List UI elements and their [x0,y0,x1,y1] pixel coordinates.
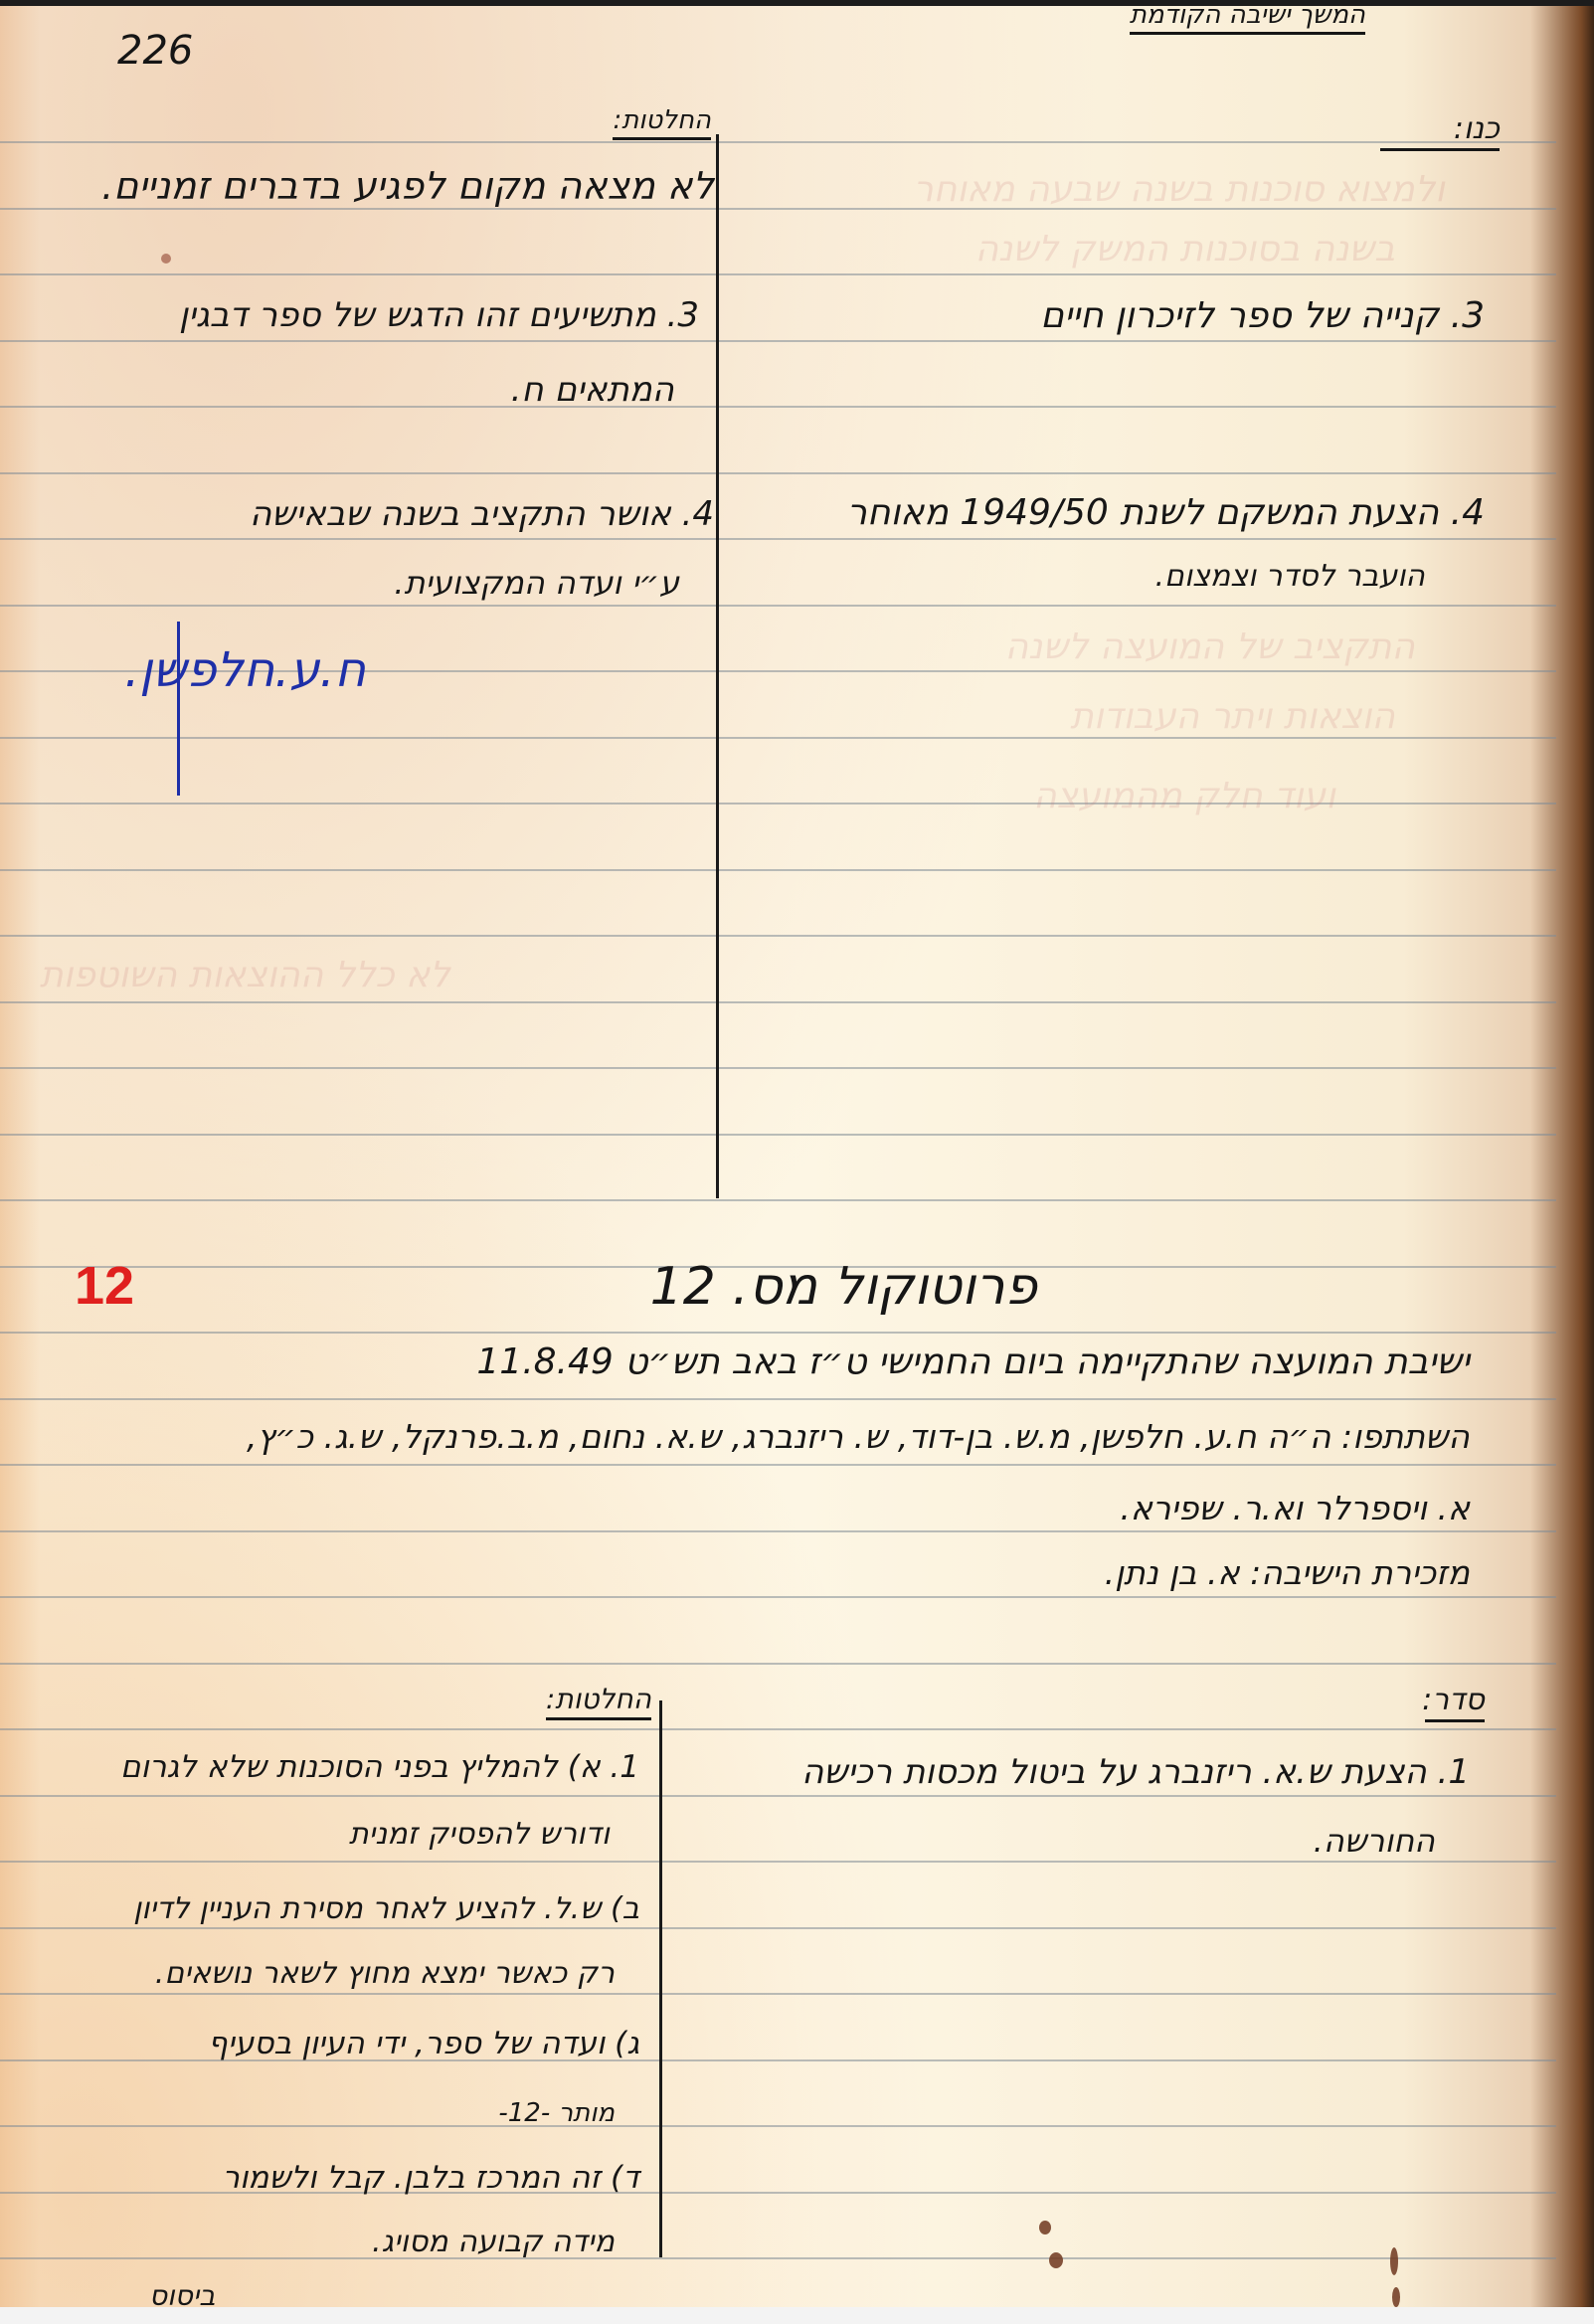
decision-item-3: 3. מתשיעים זהו הדגש של ספר דבגין [179,298,699,332]
ruled-line [0,869,1556,871]
decision-lower-1b: ב) ש.ל. להציע לאחר מסירת העניין לדיון [133,1894,639,1924]
decision-lower-1a: 1. א) להמליץ בפני הסוכנות שלא לגרום [120,1752,639,1783]
scan-bottom-edge [0,2307,1594,2324]
ruled-line [0,1001,1556,1003]
decision-item-4: 4. אושר התקציב בשנה שבאישה [250,497,714,531]
ink-stain [1392,2287,1400,2307]
bleed-through-text: התקציב של המועצה לשנה [1005,626,1415,667]
decision-lower-1d: ד) זה המרכז בלבן. קבל ולשמור [222,2163,639,2194]
ruled-line [0,538,1556,540]
ink-stain [161,254,171,264]
item-text: אושר התקציב בשנה שבאישה [250,494,671,534]
item-number: 1. [610,1749,639,1785]
item-text: א) להמליץ בפני הסוכנות שלא לגרום [120,1749,601,1785]
agenda-heading-upper: כנו: [1380,114,1500,151]
item-number: 1. [1438,1752,1470,1792]
item-text: הצעת המשקם לשנת 1949/50 מאוחר [847,492,1440,533]
ruled-line [0,2257,1556,2259]
session-line: ישיבת המועצה שהתקיימה ביום החמישי ט״ז בא… [476,1344,1470,1380]
ruled-line [0,1795,1556,1797]
secretary-line: מזכירת הישיבה: א. בן נתן. [1105,1556,1470,1589]
ruled-line [0,1398,1556,1400]
bleed-through-text: הוצאות ויתר העבודות [1070,696,1395,737]
decision-item-4-line-2: ע״י ועדה המקצועית. [394,567,679,599]
item-text: הצעת ש.א. ריזנברג על ביטול מכסות רכישה [801,1752,1427,1792]
ruled-line [0,737,1556,739]
ink-stain [1039,2221,1051,2235]
ruled-line [0,1134,1556,1136]
ruled-line [0,1199,1556,1201]
ruled-line [0,273,1556,275]
decision-lower-1c: ג) ועדה של ספר, ידי העיון בסעיף [208,2029,639,2059]
ruled-line [0,1067,1556,1069]
item-number: 4. [682,494,714,534]
decision-lower-1d-line-2: מידה קבועה מסויג. [372,2228,615,2257]
ruled-line [0,605,1556,607]
ink-stain [1049,2252,1063,2268]
decision-item-3-line-2: המתאים ח. [511,373,674,407]
item-number: 4. [1451,492,1485,533]
ruled-line [0,1332,1556,1334]
protocol-title: פרוטוקול מס. 12 [650,1261,1037,1313]
item-number: 3. [667,295,699,335]
ruled-line [0,340,1556,342]
ruled-line [0,141,1556,143]
ruled-line [0,1530,1556,1532]
bleed-through-text: ולמצוא סוכנות בשנה שבעה מאוחר [913,169,1445,210]
ruled-line [0,1861,1556,1863]
item-text: קנייה של ספר לזיכרון חיים [1040,295,1439,336]
participants-line-2: א. ויספרלר וא.ר. שפירא. [1120,1492,1470,1524]
bleed-through-text: לא כלל ההוצאות השוטפות [40,955,450,995]
decisions-heading-upper: החלטות: [613,107,711,140]
column-divider-upper [716,134,719,1198]
ruled-line [0,472,1556,474]
ruled-line [0,406,1556,408]
decision-intro: לא מצאה מקום לפגיע בדברים זמניים. [101,167,714,205]
ruled-line [0,935,1556,937]
agenda-item-3: 3. קנייה של ספר לזיכרון חיים [1040,298,1485,334]
notebook-page: ולמצוא סוכנות בשנה שבעה מאוחר בשנה בסוכנ… [0,0,1594,2307]
participants-line: השתתפו: ה״ה ח.ע. חלפשן, מ.ש. בן-דוד, ש. … [247,1420,1470,1453]
decision-lower-1a-line-2: ודורש להפסיק זמנית [349,1820,610,1850]
trailing-fragment: ביסוס [149,2282,215,2310]
item-text: מתשיעים זהו הדגש של ספר דבגין [179,295,656,335]
item-number: 3. [1451,295,1485,336]
decision-lower-1c-line-2: מותר -12- [498,2100,615,2126]
agenda-item-4: 4. הצעת המשקם לשנת 1949/50 מאוחר [847,495,1485,531]
decisions-heading-lower: החלטות: [546,1686,651,1720]
agenda-lower-item-1-line-2: החורשה. [1314,1825,1435,1857]
agenda-lower-item-1: 1. הצעת ש.א. ריזנברג על ביטול מכסות רכיש… [801,1755,1470,1789]
page-marker: 12 [75,1255,134,1317]
ruled-line [0,1927,1556,1929]
signature-stroke [177,622,180,796]
ruled-line [0,1728,1556,1730]
signature: ח.ע.חלפשן. [124,646,366,694]
ruled-line [0,1993,1556,1995]
ruled-line [0,1596,1556,1598]
bleed-through-text: ועוד חלק מהמועצה [1033,776,1335,816]
column-divider-lower [659,1700,662,2257]
bleed-through-text: בשנה בסוכנות המשק לשנה [975,229,1395,269]
continuation-heading: המשך ישיבה הקודמת [1130,2,1365,35]
agenda-heading-lower: סדר: [1425,1686,1485,1722]
agenda-item-4-line-2: הועבר לסדר וצמצום. [1155,562,1426,592]
ruled-line [0,1464,1556,1466]
ruled-line [0,1663,1556,1665]
ink-stain [1390,2247,1398,2275]
corner-page-number: 226 [117,28,193,74]
decision-lower-1b-line-2: רק כאשר ימצא מחוץ לשאר נושאים. [155,1959,615,1989]
ruled-line [0,2125,1556,2127]
